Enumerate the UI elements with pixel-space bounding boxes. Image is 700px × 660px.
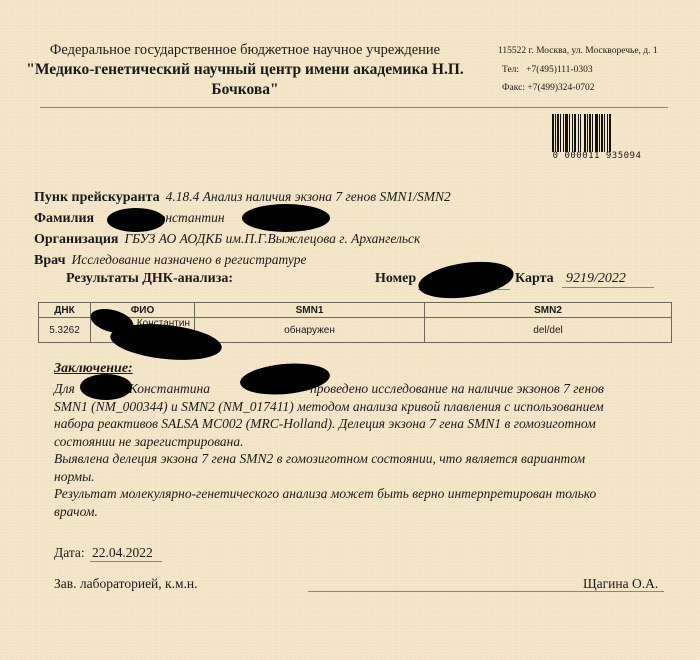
results-title: Результаты ДНК-анализа: xyxy=(66,271,233,287)
header-divider xyxy=(40,107,668,108)
redaction-mark xyxy=(416,256,516,303)
column-header: SMN2 xyxy=(425,303,672,318)
signature-name: Щагина О.А. xyxy=(583,576,658,592)
doctor-value: Исследование назначено в регистратуре xyxy=(71,252,306,267)
redaction-mark xyxy=(242,204,330,232)
column-header: SMN1 xyxy=(195,303,425,318)
barcode xyxy=(552,114,642,152)
institution-line-1: Федеральное государственное бюджетное на… xyxy=(0,42,490,59)
fax: Факс: +7(499)324-0702 xyxy=(502,83,594,93)
doctor-label: Врач xyxy=(34,253,65,268)
date-value: 22.04.2022 xyxy=(90,545,162,562)
card-label: Карта xyxy=(515,271,554,287)
lab-head-title: Зав. лабораторией, к.м.н. xyxy=(54,576,197,592)
card-value: 9219/2022 xyxy=(562,271,654,288)
date-label: Дата: xyxy=(54,545,85,561)
organization-value: ГБУЗ АО АОДКБ им.П.Г.Выжлецова г. Арханг… xyxy=(125,231,421,246)
redaction-mark xyxy=(107,208,165,232)
doctor-field: ВрачИсследование назначено в регистратур… xyxy=(34,252,306,269)
surname-label: Фамилия xyxy=(34,211,94,226)
address: 115522 г. Москва, ул. Москворечье, д. 1 xyxy=(498,46,658,56)
institution-name: "Медико-генетический научный центр имени… xyxy=(10,60,480,100)
smn2-cell: del/del xyxy=(425,318,672,343)
smn1-cell: обнаружен xyxy=(195,318,425,343)
price-item-value: 4.18.4 Анализ наличия экзона 7 генов SMN… xyxy=(166,189,451,204)
redaction-mark xyxy=(80,374,132,400)
table-header-row: ДНК ФИО SMN1 SMN2 xyxy=(39,303,672,318)
number-label: Номер xyxy=(375,271,416,287)
column-header: ДНК xyxy=(39,303,91,318)
dna-cell: 5.3262 xyxy=(39,318,91,343)
organization-field: ОрганизацияГБУЗ АО АОДКБ им.П.Г.Выжлецов… xyxy=(34,231,420,248)
barcode-number: 0 000011 935094 xyxy=(549,151,645,161)
conclusion-text: ДляКонстантинапроведено исследование на … xyxy=(54,380,674,520)
price-item-label: Пунк прейскуранта xyxy=(34,190,160,205)
price-item-field: Пунк прейскуранта4.18.4 Анализ наличия э… xyxy=(34,189,451,206)
organization-label: Организация xyxy=(34,232,119,247)
phone: Тел: +7(495)111-0303 xyxy=(502,65,593,75)
